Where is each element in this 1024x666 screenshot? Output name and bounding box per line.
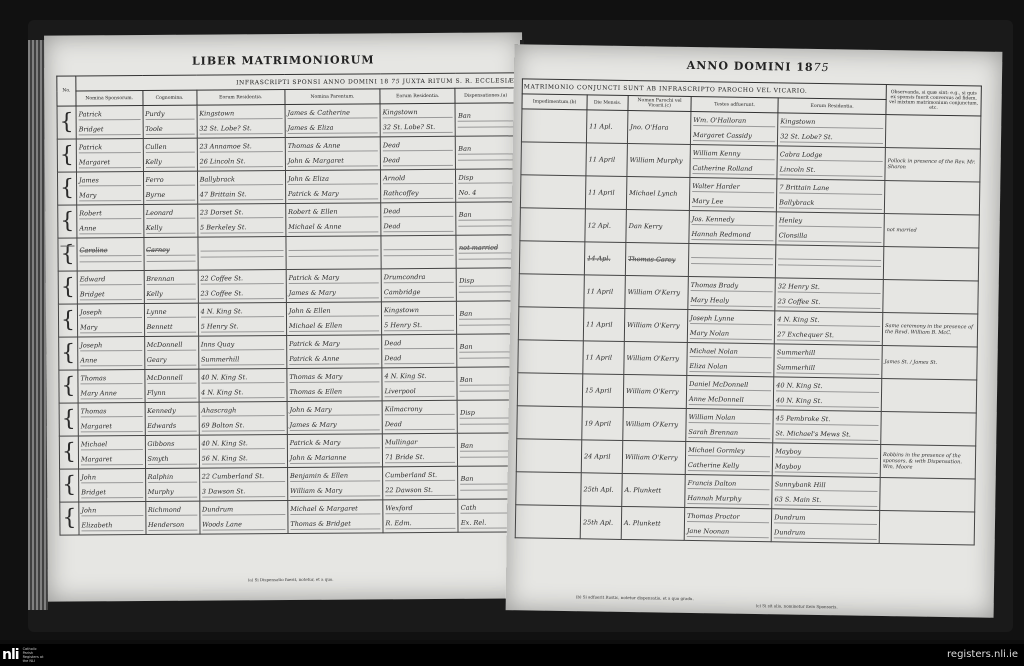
line-2: Summerhill bbox=[777, 363, 880, 375]
line-2: Toole bbox=[145, 124, 194, 134]
cell bbox=[198, 236, 286, 270]
cell: Jos. KennedyHannah Redmond bbox=[689, 210, 777, 244]
cell: Caroline bbox=[77, 237, 144, 270]
line-1: Robert bbox=[79, 209, 141, 219]
impediment-cell bbox=[519, 274, 585, 308]
line-2: Catherine Rolland bbox=[692, 164, 774, 175]
left-page-title: LIBER MATRIMONIORUM bbox=[44, 52, 522, 68]
cell: McDonnellFlynn bbox=[144, 369, 198, 402]
line-1: Kingstown bbox=[384, 305, 454, 315]
notes-cell bbox=[881, 412, 977, 446]
line-1: Benjamin & Ellen bbox=[290, 471, 380, 482]
line-1: 4 N. King St. bbox=[384, 371, 454, 381]
impediment-cell bbox=[520, 175, 586, 209]
marriage-details-table: MATRIMONIO CONJUNCTI SUNT AB INFRASCRIPT… bbox=[515, 78, 982, 545]
line-2: Margaret Cassidy bbox=[693, 131, 775, 142]
brace-cell: { bbox=[58, 304, 77, 337]
line-1: Summerhill bbox=[777, 348, 880, 360]
cell: Walter HarderMary Lee bbox=[689, 177, 777, 211]
line-1: McDonnell bbox=[147, 340, 196, 350]
date-cell: 15 April bbox=[582, 374, 624, 408]
impediment-cell bbox=[515, 505, 581, 539]
line-1: 40 N. King St. bbox=[776, 381, 879, 393]
line-2 bbox=[288, 255, 378, 257]
cell: JohnBridget bbox=[79, 468, 146, 501]
line-2 bbox=[691, 263, 773, 265]
line-1: Joseph bbox=[80, 341, 142, 351]
cell: Carney bbox=[143, 237, 197, 270]
cell: 4 N. King St.5 Henry St. bbox=[198, 302, 286, 336]
line-1: Arnold bbox=[383, 173, 453, 183]
col-witness-residence: Eorum Residentia. bbox=[778, 98, 886, 115]
line-1: Caroline bbox=[80, 246, 142, 256]
cell: Ban bbox=[456, 136, 517, 169]
brace-mark: { bbox=[62, 406, 76, 431]
line-2: Mary Lee bbox=[692, 197, 774, 208]
table-row: {RobertAnneLeonardKelly23 Dorset St.5 Be… bbox=[58, 202, 517, 238]
brace-cell: { bbox=[59, 403, 78, 436]
line-2: Margaret bbox=[81, 454, 143, 464]
date-cell: 11 April bbox=[583, 341, 625, 375]
line-2: Patrick & Anne bbox=[289, 354, 379, 365]
date-cell: 25th Apl. bbox=[581, 473, 623, 507]
title-text: LIBER MATRIMONIORUM bbox=[192, 53, 375, 67]
table-row: 25th Apl.A. PlunkettThomas ProctorJane N… bbox=[515, 505, 974, 545]
line-2: James & Mary bbox=[289, 288, 379, 299]
impediment-cell bbox=[517, 406, 583, 440]
line-2: Catherine Kelly bbox=[688, 460, 770, 471]
line-2: 3 Dawson St. bbox=[202, 487, 285, 498]
line-1: Wexford bbox=[385, 503, 455, 513]
date-cell: 11 April bbox=[584, 275, 626, 309]
line-2: 26 Lincoln St. bbox=[200, 157, 283, 168]
line-2: 71 Bride St. bbox=[385, 452, 455, 462]
line-2: Summerhill bbox=[201, 355, 284, 366]
right-page: ANNO DOMINI 1875 MATRIMONIO CONJUNCTI SU… bbox=[506, 44, 1003, 618]
date-cell: 19 April bbox=[582, 407, 624, 441]
cell: DeadDead bbox=[382, 334, 458, 368]
impediment-cell bbox=[517, 373, 583, 407]
brace-cell: { bbox=[57, 139, 76, 172]
line-2: Byrne bbox=[146, 190, 195, 200]
line-1: Thomas Proctor bbox=[687, 511, 769, 522]
line-2: John & Marianne bbox=[290, 453, 380, 464]
cell: PatrickMargaret bbox=[76, 138, 143, 171]
table-row: {PatrickMargaretCullenKelly23 Annamoe St… bbox=[57, 136, 516, 172]
table-row: {JosephMaryLynneBennett4 N. King St.5 He… bbox=[58, 301, 517, 337]
line-1: Leonard bbox=[146, 208, 195, 218]
cell: Ahascragh69 Bolton St. bbox=[199, 401, 287, 435]
line-2: Elizabeth bbox=[81, 520, 143, 530]
line-2 bbox=[384, 254, 454, 255]
cell: 4 N. King St.27 Exchequer St. bbox=[774, 311, 882, 346]
line-1: Mullingar bbox=[385, 437, 455, 447]
brace-cell: { bbox=[58, 238, 77, 271]
cell: Ban bbox=[457, 301, 518, 334]
line-2: Rathcoffey bbox=[383, 188, 453, 198]
line-2: Mary bbox=[80, 323, 142, 333]
line-1: Patrick & Mary bbox=[290, 438, 380, 449]
cell: Thomas ProctorJane Noonan bbox=[684, 507, 772, 541]
line-2: 69 Bolton St. bbox=[201, 421, 284, 432]
line-1: Jos. Kennedy bbox=[692, 215, 774, 226]
cell: 22 Cumberland St.3 Dawson St. bbox=[199, 467, 287, 501]
table-row: {JohnBridgetRalphinMurphy22 Cumberland S… bbox=[60, 466, 519, 502]
line-1: Dundrum bbox=[774, 513, 877, 525]
line-2 bbox=[200, 256, 283, 258]
cell: Kingstown5 Henry St. bbox=[381, 301, 457, 335]
cell: 7 Brittain LaneBallybrack bbox=[777, 179, 885, 214]
line-2: Cambridge bbox=[384, 287, 454, 297]
line-1: Michael & Margaret bbox=[290, 504, 380, 515]
cell: SummerhillSummerhill bbox=[774, 344, 882, 379]
notes-cell: Robbins in the presence of the sponsors,… bbox=[880, 445, 976, 479]
line-1: Ferro bbox=[146, 175, 195, 185]
cell: ArnoldRathcoffey bbox=[381, 169, 457, 203]
cell: Joseph LynneMary Nolan bbox=[687, 309, 775, 343]
subhead-text: INFRASCRIPTI SPONSI ANNO DOMINI 18 bbox=[236, 78, 389, 86]
col-priest: Nomen Parochi vel Vicarii.(c) bbox=[628, 95, 691, 111]
line-1: Thomas & Mary bbox=[289, 372, 379, 383]
line-1: Ban bbox=[459, 309, 515, 319]
line-2: Clonsilla bbox=[779, 231, 882, 243]
line-1: John bbox=[81, 505, 143, 515]
line-1: James bbox=[79, 176, 141, 186]
line-1: Ralphin bbox=[148, 472, 197, 482]
right-footnote-b: (b) Si adfuerit Rustic, notetur dispensa… bbox=[576, 594, 694, 601]
date-cell: 25th Apl. bbox=[580, 506, 622, 540]
cell: WexfordR. Edm. bbox=[383, 499, 459, 533]
document-viewer[interactable]: LIBER MATRIMONIORUM No. INFRASCRIPTI SPO… bbox=[0, 0, 1024, 640]
cell: 23 Annamoe St.26 Lincoln St. bbox=[197, 137, 285, 171]
priest-cell: Dan Kerry bbox=[626, 209, 690, 243]
line-1: Wm. O'Halloran bbox=[693, 116, 775, 127]
site-link[interactable]: registers.nli.ie bbox=[947, 649, 1018, 660]
cell: 40 N. King St.56 N. King St. bbox=[199, 434, 287, 468]
line-1: Kingstown bbox=[199, 109, 282, 120]
brace-mark: { bbox=[61, 340, 75, 365]
line-1: Kennedy bbox=[147, 406, 196, 416]
cell: MayboyMayboy bbox=[772, 443, 880, 478]
line-2: 63 S. Main St. bbox=[774, 495, 877, 507]
line-2: Bridget bbox=[79, 125, 141, 135]
cell: not married bbox=[456, 235, 517, 268]
line-1: Ban bbox=[458, 144, 514, 154]
brace-cell: { bbox=[60, 502, 79, 535]
priest-cell: William O'Kerry bbox=[624, 308, 688, 342]
line-1: Richmond bbox=[148, 505, 197, 515]
notes-cell bbox=[884, 181, 980, 215]
cell: JosephMary bbox=[77, 303, 144, 336]
line-2: Geary bbox=[147, 355, 196, 365]
cell: 23 Dorset St.5 Berkeley St. bbox=[197, 203, 285, 237]
brace-mark: { bbox=[60, 175, 74, 200]
line-1: Thomas bbox=[81, 406, 143, 416]
cell: RalphinMurphy bbox=[145, 468, 199, 501]
line-1: 7 Brittain Lane bbox=[779, 183, 882, 195]
date-cell: 24 April bbox=[581, 440, 623, 474]
cell: Ban bbox=[456, 202, 517, 235]
impediment-cell bbox=[520, 208, 586, 242]
cell: Michael NolanEliza Nolan bbox=[687, 342, 775, 376]
col-parents-residence: Eorum Residentia. bbox=[380, 88, 455, 104]
line-2: Michael & Ellen bbox=[289, 321, 379, 332]
line-2: 23 Coffee St. bbox=[200, 289, 283, 300]
cell: DeadDead bbox=[380, 136, 456, 170]
cell: 32 Henry St.23 Coffee St. bbox=[775, 278, 883, 313]
line-1: Ban bbox=[458, 111, 514, 121]
cell: LynneBennett bbox=[144, 303, 198, 336]
line-1: John & Eliza bbox=[288, 174, 378, 185]
line-1: Ban bbox=[460, 375, 516, 385]
line-2: 22 Dawson St. bbox=[385, 485, 455, 495]
line-2: 32 St. Lobe? St. bbox=[199, 124, 282, 135]
col-parents: Nomina Parentum. bbox=[285, 89, 380, 105]
cell: Ban bbox=[455, 103, 516, 136]
cell: Michael GormleyCatherine Kelly bbox=[685, 441, 773, 475]
table-row: {CarolineCarneynot married bbox=[58, 235, 517, 271]
cell: LeonardKelly bbox=[143, 204, 197, 237]
line-2: John & Margaret bbox=[288, 156, 378, 167]
line-1: Kingstown bbox=[383, 107, 453, 117]
line-1: Michael bbox=[81, 439, 143, 449]
nli-logo[interactable]: nli Catholic Parish Registers at the NLI bbox=[2, 647, 47, 663]
line-1: Thomas bbox=[80, 374, 142, 384]
line-2: Smyth bbox=[147, 454, 196, 464]
line-1: John bbox=[81, 472, 143, 482]
line-2 bbox=[460, 357, 516, 358]
col-date: Die Mensis. bbox=[587, 95, 628, 111]
line-2: Hannah Redmond bbox=[691, 230, 773, 241]
line-1: James & Catherine bbox=[287, 108, 377, 119]
brace-mark: { bbox=[61, 307, 75, 332]
col-surnames: Cognomina. bbox=[142, 90, 196, 105]
line-1: Cumberland St. bbox=[385, 470, 455, 480]
line-2: Dead bbox=[383, 221, 453, 231]
line-1: 4 N. King St. bbox=[201, 307, 284, 318]
col-no: No. bbox=[57, 76, 76, 106]
line-1: Patrick & Mary bbox=[289, 273, 379, 284]
line-1: Drumcondra bbox=[384, 272, 454, 282]
line-1: McDonnell bbox=[147, 373, 196, 383]
line-1: Purdy bbox=[145, 109, 194, 119]
table-row: {ThomasMary AnneMcDonnellFlynn40 N. King… bbox=[59, 367, 518, 403]
line-1: William Nolan bbox=[689, 412, 771, 423]
line-2: Mary Nolan bbox=[690, 328, 772, 339]
line-2: Bridget bbox=[80, 290, 142, 300]
left-footnote: (a) Si Dispensatio fuerit, notetur, et a… bbox=[248, 577, 334, 583]
table-row: {JosephAnneMcDonnellGearyInns QuaySummer… bbox=[59, 334, 518, 370]
cell: ThomasMargaret bbox=[78, 402, 145, 435]
cell: HenleyClonsilla bbox=[776, 212, 884, 247]
brace-cell: { bbox=[57, 172, 76, 205]
brace-mark: { bbox=[60, 208, 74, 233]
line-1: Ban bbox=[460, 342, 516, 352]
line-2 bbox=[459, 291, 515, 292]
line-1 bbox=[288, 249, 378, 251]
notes-cell: Pollock in presence of the Rev. Mr. Shar… bbox=[885, 148, 981, 182]
line-2: Kelly bbox=[146, 289, 195, 299]
cell: Mullingar71 Bride St. bbox=[382, 433, 458, 467]
impediment-cell bbox=[516, 439, 582, 473]
line-2: Lincoln St. bbox=[780, 165, 883, 177]
cell: Disp bbox=[457, 268, 518, 301]
cell: Francis DaltonHannah Murphy bbox=[685, 474, 773, 508]
cell: Michael & MargaretThomas & Bridget bbox=[288, 500, 383, 534]
cell bbox=[776, 245, 884, 280]
line-1: Dundrum bbox=[202, 505, 285, 516]
line-1: Ban bbox=[459, 210, 515, 220]
line-2: Thomas & Ellen bbox=[289, 387, 379, 398]
line-2: Liverpool bbox=[385, 386, 455, 396]
cell: 22 Coffee St.23 Coffee St. bbox=[198, 269, 286, 303]
notes-cell: not married bbox=[884, 214, 980, 248]
right-page-title: ANNO DOMINI 1875 bbox=[514, 56, 1002, 77]
line-2 bbox=[460, 390, 516, 391]
brace-mark: { bbox=[62, 472, 76, 497]
line-1: Disp bbox=[460, 408, 516, 418]
date-cell: 11 Apl. bbox=[586, 110, 628, 144]
line-2: Bridget bbox=[81, 487, 143, 497]
cell: JamesMary bbox=[76, 171, 143, 204]
cell bbox=[688, 243, 776, 277]
line-1: Brennan bbox=[146, 274, 195, 284]
cell: Patrick & MaryPatrick & Anne bbox=[287, 335, 382, 369]
line-2 bbox=[778, 264, 881, 267]
line-1: Disp bbox=[458, 173, 514, 183]
priest-cell: William Murphy bbox=[627, 143, 691, 177]
line-1 bbox=[778, 258, 881, 261]
line-2: William & Mary bbox=[290, 486, 380, 497]
line-1: Cullen bbox=[145, 142, 194, 152]
cell: Wm. O'HalloranMargaret Cassidy bbox=[690, 111, 778, 145]
priest-cell: William O'Kerry bbox=[624, 341, 688, 375]
notes-cell bbox=[879, 510, 975, 544]
cell: Patrick & MaryJames & Mary bbox=[286, 269, 381, 303]
line-1: Henley bbox=[779, 216, 882, 228]
cell: Kingstown32 St. Lobe? St. bbox=[197, 104, 285, 138]
cell: Thomas BradyMary Healy bbox=[688, 276, 776, 310]
cell: 40 N. King St.4 N. King St. bbox=[199, 368, 287, 402]
cell: Daniel McDonnellAnne McDonnell bbox=[686, 375, 774, 409]
line-2: Anne McDonnell bbox=[689, 394, 771, 405]
marriage-register-table: No. INFRASCRIPTI SPONSI ANNO DOMINI 18 7… bbox=[56, 72, 519, 535]
line-1 bbox=[200, 250, 283, 252]
cell: PurdyToole bbox=[143, 105, 197, 138]
priest-cell: Michael Lynch bbox=[626, 176, 690, 210]
table-row: {JohnElizabethRichmondHendersonDundrumWo… bbox=[60, 499, 519, 535]
line-2: 40 N. King St. bbox=[776, 396, 879, 408]
line-1: Walter Harder bbox=[692, 182, 774, 193]
date-cell: 12 Apl. bbox=[585, 209, 627, 243]
cell: Sunnybank Hill63 S. Main St. bbox=[772, 476, 880, 511]
line-2: St. Michael's Mews St. bbox=[775, 429, 878, 441]
line-1: Dead bbox=[383, 206, 453, 216]
notes-cell: James St. / James St. bbox=[882, 346, 978, 380]
line-1: 40 N. King St. bbox=[201, 373, 284, 384]
cell: Kingstown32 St. Lobe? St. bbox=[380, 103, 456, 137]
line-1: Disp bbox=[459, 276, 515, 286]
line-2: Dead bbox=[384, 353, 454, 363]
priest-cell: A. Plunkett bbox=[621, 506, 685, 540]
priest-cell: William O'Kerry bbox=[622, 440, 686, 474]
cell: Cumberland St.22 Dawson St. bbox=[383, 466, 459, 500]
line-2: Margaret bbox=[81, 421, 143, 431]
line-1: Michael Gormley bbox=[688, 445, 770, 456]
brace-mark: { bbox=[60, 109, 74, 134]
line-2: Edwards bbox=[147, 421, 196, 431]
cell: DundrumWoods Lane bbox=[199, 500, 287, 534]
line-2: Dundrum bbox=[774, 528, 877, 540]
priest-cell: A. Plunkett bbox=[622, 473, 686, 507]
cell: 45 Pembroke St.St. Michael's Mews St. bbox=[773, 410, 881, 445]
line-2: Jane Noonan bbox=[687, 526, 769, 537]
cell: DrumcondraCambridge bbox=[381, 268, 457, 302]
date-cell: 11 April bbox=[583, 308, 625, 342]
line-1 bbox=[384, 248, 454, 249]
cell: DundrumDundrum bbox=[771, 509, 879, 544]
line-1: John & Mary bbox=[290, 405, 380, 416]
line-2: 27 Exchequer St. bbox=[777, 330, 880, 342]
line-1: Gibbons bbox=[147, 439, 196, 449]
line-2: 5 Henry St. bbox=[384, 320, 454, 330]
cell: 4 N. King St.Liverpool bbox=[382, 367, 458, 401]
line-2: 5 Berkeley St. bbox=[200, 223, 283, 234]
cell: PatrickBridget bbox=[76, 105, 143, 138]
line-1: Thomas & Anne bbox=[288, 141, 378, 152]
col-names: Nomina Sponsorum. bbox=[76, 90, 143, 105]
line-2: Michael & Anne bbox=[288, 222, 378, 233]
line-2: 5 Henry St. bbox=[201, 322, 284, 333]
line-1: 23 Dorset St. bbox=[200, 208, 283, 219]
line-2: Mayboy bbox=[775, 462, 878, 474]
nli-logo-mark: nli bbox=[2, 647, 19, 663]
line-2: Kelly bbox=[145, 157, 194, 167]
cell: John & MaryJames & Mary bbox=[287, 401, 382, 435]
line-2: Margaret bbox=[79, 158, 141, 168]
line-1: 45 Pembroke St. bbox=[776, 414, 879, 426]
cell: ThomasMary Anne bbox=[78, 369, 145, 402]
brace-mark: { bbox=[60, 241, 74, 266]
line-2: Dead bbox=[385, 419, 455, 429]
cell: RobertAnne bbox=[77, 204, 144, 237]
line-2 bbox=[458, 126, 514, 127]
line-2: Eliza Nolan bbox=[689, 361, 771, 372]
line-2: Mary bbox=[79, 191, 141, 201]
cell: DeadDead bbox=[381, 202, 457, 236]
line-1: Dead bbox=[383, 140, 453, 150]
table-row: {PatrickBridgetPurdyTooleKingstown32 St.… bbox=[57, 103, 516, 139]
priest-cell: William O'Kerry bbox=[623, 374, 687, 408]
table-row: {EdwardBridgetBrennanKelly22 Coffee St.2… bbox=[58, 268, 517, 304]
cell: Robert & EllenMichael & Anne bbox=[286, 203, 381, 237]
cell: MichaelMargaret bbox=[78, 435, 145, 468]
brace-mark: { bbox=[62, 439, 76, 464]
cell: JohnElizabeth bbox=[79, 501, 146, 534]
impediment-cell bbox=[521, 142, 587, 176]
line-2 bbox=[146, 261, 195, 262]
line-2: 32 St. Lobe? St. bbox=[383, 122, 453, 132]
left-page: LIBER MATRIMONIORUM No. INFRASCRIPTI SPO… bbox=[44, 32, 526, 601]
col-notes: Observanda, si quæ sint: e.g., si quis e… bbox=[886, 85, 981, 116]
line-1: Daniel McDonnell bbox=[689, 379, 771, 390]
cell: GibbonsSmyth bbox=[145, 435, 199, 468]
brace-mark: { bbox=[61, 274, 75, 299]
impediment-cell bbox=[516, 472, 582, 506]
brace-mark: { bbox=[60, 142, 74, 167]
line-2: Sarah Brennan bbox=[688, 427, 770, 438]
line-1: 22 Cumberland St. bbox=[202, 472, 285, 483]
